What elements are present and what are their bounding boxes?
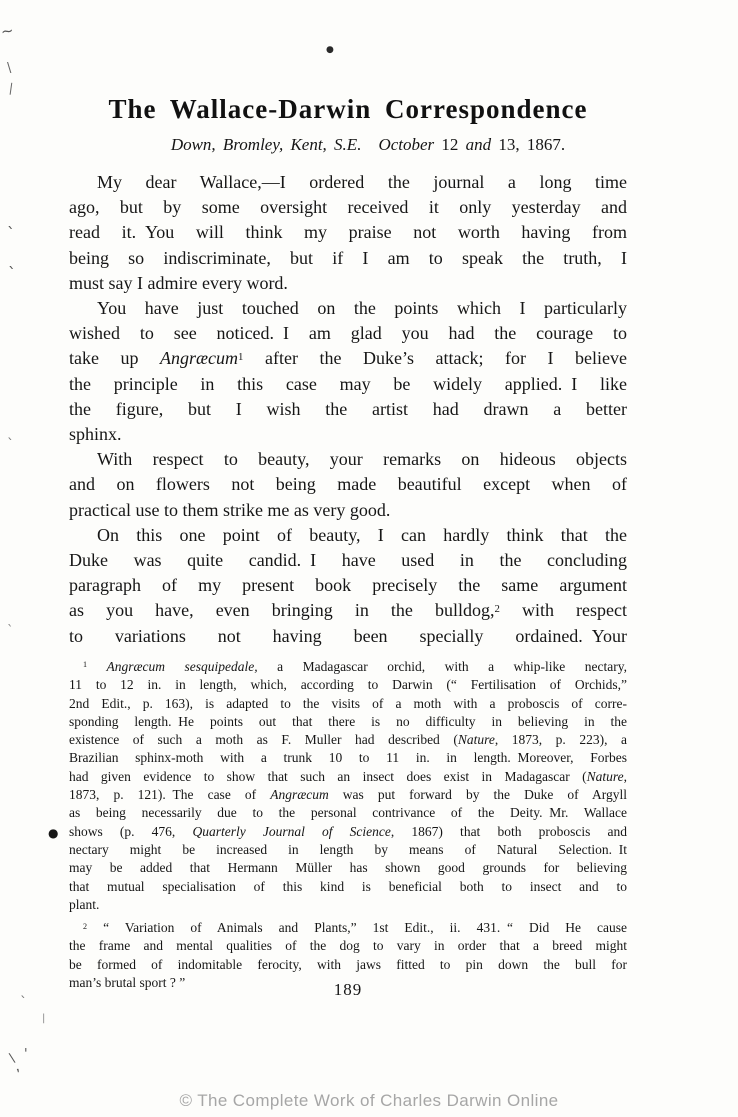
text-line: Duke was quite candid. I have used in th… [69, 548, 627, 573]
scan-mark: ` [7, 226, 15, 242]
scan-mark: ● [48, 827, 58, 839]
page-title: The Wallace-Darwin Correspondence [69, 94, 627, 125]
text-line: the frame and mental qualities of the do… [69, 937, 627, 955]
scan-mark: \ [7, 62, 11, 75]
text-line: My dear Wallace,—I ordered the journal a… [69, 170, 627, 195]
text-line: sphinx. [69, 422, 627, 447]
text-line: ago, but by some oversight received it o… [69, 195, 627, 220]
paragraph: On this one point of beauty, I can hardl… [69, 523, 627, 649]
text-line: shows (p. 476, Quarterly Journal of Scie… [69, 823, 627, 841]
paragraph: With respect to beauty, your remarks on … [69, 447, 627, 523]
text-line: On this one point of beauty, I can hardl… [69, 523, 627, 548]
scan-mark: ~ [0, 23, 15, 40]
book-page: The Wallace-Darwin Correspondence Down, … [0, 0, 738, 1117]
italic-text: Down, Bromley, Kent, S.E. [171, 135, 362, 154]
italic-text: Quarterly Journal of Science [192, 824, 390, 839]
footnote-marker: 1 [238, 351, 243, 363]
paragraph: You have just touched on the points whic… [69, 296, 627, 447]
scan-mark: | [8, 82, 14, 94]
text-line: take up Angræcum1 after the Duke’s attac… [69, 346, 627, 371]
text-line: being so indiscriminate, but if I am to … [69, 246, 627, 271]
footnotes: 1 Angræcum sesquipedale, a Madagascar or… [69, 658, 627, 992]
copyright-watermark: © The Complete Work of Charles Darwin On… [0, 1091, 738, 1111]
text-line: practical use to them strike me as very … [69, 498, 627, 523]
text-line: may be added that Hermann Müller has sho… [69, 859, 627, 877]
scan-mark: ` [7, 438, 14, 452]
text-line: 1873, p. 121). The case of Angræcum was … [69, 786, 627, 804]
scan-mark: | [42, 1014, 45, 1024]
scan-mark: ● [326, 46, 334, 55]
text-line: paragraph of my present book precisely t… [69, 573, 627, 598]
scan-mark: ` [7, 625, 14, 638]
text-line: to variations not having been specially … [69, 624, 627, 649]
text-line: wished to see noticed. I am glad you had… [69, 321, 627, 346]
italic-text: Angræcum [160, 348, 238, 368]
footnote-marker: 1 [83, 660, 87, 669]
text-line: be formed of indomitable ferocity, with … [69, 956, 627, 974]
text-line: nectary might be increased in length by … [69, 841, 627, 859]
text-line: as being necessarily due to the personal… [69, 804, 627, 822]
text-line: and on flowers not being made beautiful … [69, 472, 627, 497]
dateline: Down, Bromley, Kent, S.E. October 12 and… [69, 135, 627, 155]
text-line: 2 “ Variation of Animals and Plants,” 1s… [69, 919, 627, 937]
text-line: 11 to 12 in. in length, which, according… [69, 676, 627, 694]
scan-mark: , [11, 1060, 22, 1074]
scan-mark: \ [8, 1052, 16, 1066]
footnote-marker: 2 [83, 922, 87, 931]
italic-text: Nature [587, 769, 624, 784]
text-line: plant. [69, 896, 627, 914]
scan-mark: ` [8, 266, 16, 282]
text-line: the principle in this case may be widely… [69, 372, 627, 397]
page-number: 189 [69, 980, 627, 1000]
scan-mark: ` [20, 996, 27, 1010]
text-line: that mutual specialisation of this kind … [69, 878, 627, 896]
paragraph: My dear Wallace,—I ordered the journal a… [69, 170, 627, 296]
text-line: read it. You will think my praise not wo… [69, 220, 627, 245]
text-line: sponding length. He points out that ther… [69, 713, 627, 731]
text-line: had given evidence to show that such an … [69, 768, 627, 786]
text-line: existence of such a moth as F. Muller ha… [69, 731, 627, 749]
italic-text: Nature [458, 732, 495, 747]
text-line: 2nd Edit., p. 163), is adapted to the vi… [69, 695, 627, 713]
scan-mark: ' [24, 1048, 28, 1061]
text-line: Brazilian sphinx-moth with a trunk 10 to… [69, 749, 627, 767]
paragraph: 1 Angræcum sesquipedale, a Madagascar or… [69, 658, 627, 914]
text-line: With respect to beauty, your remarks on … [69, 447, 627, 472]
italic-text: Angræcum sesquipedale, [107, 659, 258, 674]
letter-body: My dear Wallace,—I ordered the journal a… [69, 170, 627, 649]
text-line: as you have, even bringing in the bulldo… [69, 598, 627, 623]
italic-text: Angræcum [270, 787, 329, 802]
text-line: the figure, but I wish the artist had dr… [69, 397, 627, 422]
footnote-marker: 2 [494, 603, 499, 615]
italic-text: October [378, 135, 441, 154]
text-line: You have just touched on the points whic… [69, 296, 627, 321]
italic-text: and [466, 135, 499, 154]
text-line: 1 Angræcum sesquipedale, a Madagascar or… [69, 658, 627, 676]
text-line: must say I admire every word. [69, 271, 627, 296]
